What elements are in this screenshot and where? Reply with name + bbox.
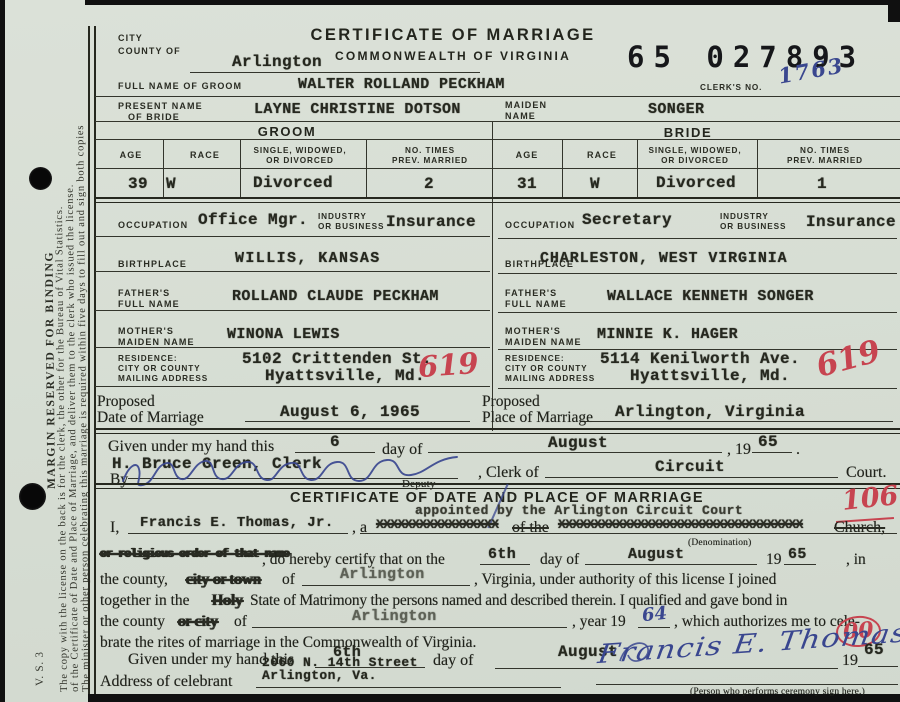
clerk-19-text: , 19 (727, 440, 751, 460)
county-label: COUNTY OF (118, 46, 181, 57)
bride-age: 31 (517, 176, 537, 192)
clerk-year: 65 (758, 434, 778, 450)
cert-given2-dayof: day of (433, 651, 473, 671)
groom-status-header-2: OR DIVORCED (266, 156, 334, 166)
clerk-period: . (796, 440, 800, 460)
red-code-106: 106 (841, 480, 900, 517)
rule (128, 533, 348, 534)
groom-red-code: 619 (417, 346, 480, 384)
bride-mother-label-1: MOTHER'S (505, 326, 561, 337)
scan-left-edge (0, 0, 5, 702)
rule (498, 312, 897, 313)
rule (498, 388, 897, 389)
bride-industry: Insurance (806, 214, 896, 230)
proposed-date-label-2: Date of Marriage (97, 408, 204, 427)
cert-together1: together in the (100, 591, 190, 610)
bride-father-label-2: FULL NAME (505, 299, 567, 310)
groom-address-line1: 5102 Crittenden St. (242, 351, 432, 367)
table-head-rule (95, 139, 900, 140)
sign-here-label: (Person who performs ceremony sign here.… (690, 687, 865, 699)
bride-residence-label-3: MAILING ADDRESS (505, 374, 595, 384)
groom-race-header: RACE (190, 150, 220, 161)
cert-church: Church, (834, 518, 885, 538)
proposed-place-label-2: Place of Marriage (482, 408, 593, 427)
bond-year: 64 (641, 603, 668, 627)
rule (302, 585, 470, 586)
struck-holy: Holy (212, 591, 243, 610)
groom-industry-label-2: OR BUSINESS (318, 222, 384, 232)
bride-race-header: RACE (587, 150, 617, 161)
maiden-name-label-1: MAIDEN (505, 100, 547, 111)
rule (360, 533, 897, 534)
groom-residence-label-1: RESIDENCE: (118, 354, 178, 364)
rule (784, 564, 816, 565)
groom-times-married: 2 (424, 176, 434, 192)
rule (95, 386, 490, 387)
struck-citytown: city or town (186, 570, 261, 589)
groom-race: W (166, 176, 176, 192)
court-type: Circuit (655, 459, 725, 475)
section-rule (95, 428, 900, 434)
cert-of3: of (234, 612, 247, 631)
cert-county1: the county, (100, 570, 168, 589)
struck-religious-order: or religious order of that name (100, 549, 289, 561)
rule (498, 273, 897, 274)
rule (95, 271, 490, 272)
cert-county2: the county (100, 612, 165, 631)
table-subhead-rule (95, 168, 900, 169)
cert-year: 65 (788, 547, 807, 562)
table-divider (240, 139, 241, 198)
bride-industry-label-2: OR BUSINESS (720, 222, 786, 232)
clerks-no-label: CLERK'S NO. (700, 83, 762, 93)
groom-age: 39 (128, 176, 148, 192)
scan-top-edge (85, 0, 900, 5)
bride-mother-label-2: MAIDEN NAME (505, 337, 582, 348)
bride-row-rule (95, 121, 900, 122)
rule (585, 564, 757, 565)
cert-year-label: , year 19 (572, 612, 626, 631)
table-divider (757, 139, 758, 198)
bride-name-value: LAYNE CHRISTINE DOTSON (254, 102, 461, 117)
bride-name-label-1: PRESENT NAME (118, 101, 203, 112)
groom-times-header-1: NO. TIMES (405, 146, 455, 156)
rule (252, 627, 567, 628)
cert-place2: Arlington (352, 609, 437, 624)
punch-hole (19, 483, 46, 510)
table-divider (637, 139, 638, 198)
marriage-certificate-scan: V. S. 3 MARGIN RESERVED FOR BINDING The … (0, 0, 900, 702)
cert-month: August (628, 547, 684, 562)
groom-residence-label-2: CITY OR COUNTY (118, 364, 201, 374)
rule (480, 564, 530, 565)
rule (245, 421, 470, 422)
signature-line (596, 684, 898, 685)
bride-age-header: AGE (516, 150, 539, 161)
section-rule (95, 483, 900, 489)
bride-occupation: Secretary (582, 212, 672, 228)
cert-day: 6th (488, 547, 516, 562)
bride-times-married: 1 (817, 176, 827, 192)
scan-corner-mark (888, 0, 900, 22)
cert-place1: Arlington (340, 567, 425, 582)
cert-given2-19: 19 (842, 651, 858, 671)
address-of-celebrant-label: Address of celebrant (100, 672, 232, 692)
city-label: CITY (118, 33, 143, 44)
form-left-border (88, 26, 96, 694)
commonwealth-subtitle: COMMONWEALTH OF VIRGINIA (335, 49, 571, 63)
rule (752, 452, 792, 453)
denomination-label: (Denomination) (688, 538, 751, 550)
proposed-place-value: Arlington, Virginia (615, 404, 805, 420)
bride-status-header-2: OR DIVORCED (661, 156, 729, 166)
cert-19: 19 (766, 550, 782, 569)
clerk-of-text: , Clerk of (478, 463, 539, 483)
bride-mother-name: MINNIE K. HAGER (597, 327, 738, 342)
county-underline (190, 72, 480, 73)
rule (256, 687, 561, 688)
bride-address-line2: Hyattsville, Md. (630, 368, 790, 384)
groom-occupation-label: OCCUPATION (118, 220, 188, 231)
groom-mother-label-1: MOTHER'S (118, 326, 174, 337)
proposed-date-value: August 6, 1965 (280, 404, 420, 420)
celebrant-address-2: Arlington, Va. (262, 669, 377, 682)
bride-occupation-label: OCCUPATION (505, 220, 575, 231)
punch-hole (29, 167, 52, 190)
cert-together2: State of Matrimony the persons named and… (250, 591, 787, 610)
bride-status-header-1: SINGLE, WIDOWED, (648, 146, 741, 156)
bride-status: Divorced (656, 175, 736, 191)
bride-industry-label-1: INDUSTRY (720, 212, 769, 222)
form-number: V. S. 3 (34, 651, 46, 686)
bride-times-header-2: PREV. MARRIED (787, 156, 863, 166)
table-divider (163, 139, 164, 198)
cert-i-label: I, (110, 518, 119, 538)
bride-residence-label-1: RESIDENCE: (505, 354, 565, 364)
groom-column-title: GROOM (258, 124, 317, 139)
table-divider (366, 139, 367, 198)
bride-address-line1: 5114 Kenilworth Ave. (600, 351, 800, 367)
cert-dayof: day of (540, 550, 579, 569)
groom-occupation: Office Mgr. (198, 212, 308, 228)
groom-mother-name: WINONA LEWIS (227, 327, 340, 342)
groom-father-label-2: FULL NAME (118, 299, 180, 310)
cert-virginia-text: , Virginia, under authority of this lice… (474, 570, 776, 589)
certificate-title: CERTIFICATE OF MARRIAGE (311, 26, 596, 45)
cert-of-the: of the (512, 518, 549, 538)
cert-of2: of (282, 570, 295, 589)
appointed-correction: appointed by the Arlington Circuit Court (415, 504, 743, 517)
groom-address-line2: Hyattsville, Md. (265, 368, 425, 384)
bride-father-label-1: FATHER'S (505, 288, 557, 299)
groom-age-header: AGE (120, 150, 143, 161)
groom-residence-label-3: MAILING ADDRESS (118, 374, 208, 384)
celebrant-name: Francis E. Thomas, Jr. (140, 516, 334, 530)
groom-times-header-2: PREV. MARRIED (392, 156, 468, 166)
clerk-month: August (548, 435, 608, 451)
table-bottom-rule (95, 197, 900, 203)
bride-times-header-1: NO. TIMES (800, 146, 850, 156)
rule (638, 627, 670, 628)
cert-comma-a: , a (352, 518, 367, 538)
groom-status-header-1: SINGLE, WIDOWED, (253, 146, 346, 156)
court-text: Court. (846, 463, 886, 483)
groom-status: Divorced (253, 175, 333, 191)
groom-birthplace: WILLIS, KANSAS (235, 251, 381, 266)
cert-in: , in (846, 550, 866, 569)
maiden-name-value: SONGER (648, 102, 704, 117)
groom-name-value: WALTER ROLLAND PECKHAM (298, 77, 505, 92)
rule (858, 666, 898, 667)
struck-orcity: or city (178, 612, 218, 631)
rule (95, 347, 490, 348)
groom-name-label: FULL NAME OF GROOM (118, 81, 242, 92)
rule (95, 310, 490, 311)
groom-row-rule (95, 96, 900, 97)
bride-red-code: 619 (812, 333, 884, 385)
rule (498, 238, 897, 239)
groom-industry: Insurance (386, 214, 476, 230)
rule (545, 477, 838, 478)
groom-father-label-1: FATHER'S (118, 288, 170, 299)
rule (95, 236, 490, 237)
bride-column-title: BRIDE (664, 125, 712, 140)
groom-industry-label-1: INDUSTRY (318, 212, 367, 222)
table-divider (562, 139, 563, 198)
struck-out-block: XXXXXXXXXXXXXXXXX (376, 518, 498, 531)
struck-out-block: XXXXXXXXXXXXXXXXXXXXXXXXXXXXXXXXXX (558, 518, 803, 531)
rule (428, 452, 722, 453)
rule (495, 668, 838, 669)
county-value: Arlington (232, 54, 322, 70)
rule (585, 421, 893, 422)
groom-father-name: ROLLAND CLAUDE PECKHAM (232, 289, 439, 304)
bride-father-name: WALLACE KENNETH SONGER (607, 289, 814, 304)
bride-birthplace: CHARLESTON, WEST VIRGINIA (540, 251, 788, 266)
bride-residence-label-2: CITY OR COUNTY (505, 364, 588, 374)
bride-race: W (590, 176, 600, 192)
groom-birthplace-label: BIRTHPLACE (118, 259, 187, 270)
